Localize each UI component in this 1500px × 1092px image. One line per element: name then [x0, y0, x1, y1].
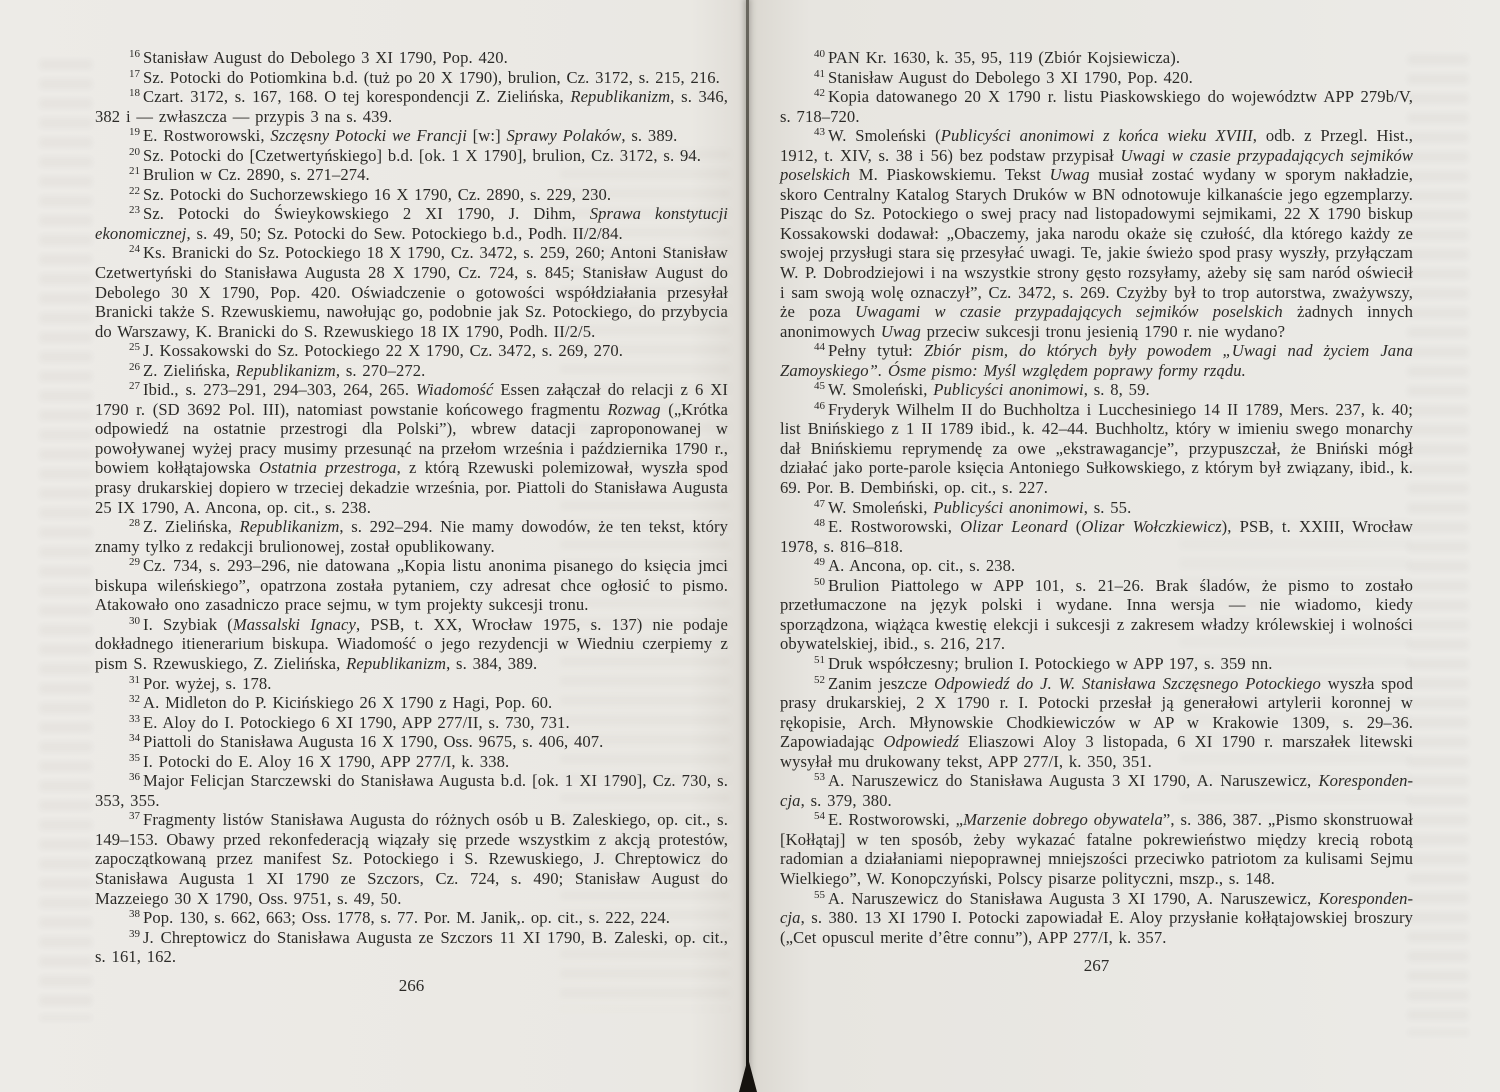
book-spine-shadow-wedge [739, 1058, 757, 1092]
footnote-text: Fryderyk Wilhelm II do Buchholtza i Lucc… [780, 400, 1413, 497]
footnote-text: Uwagami w czasie przypadających sejmików… [855, 302, 1283, 321]
footnote-text: Stanisław August do Debolego 3 XI 1790, … [143, 48, 508, 67]
footnote: 21Brulion w Cz. 2890, s. 271–274. [95, 165, 728, 185]
footnote: 33E. Aloy do I. Potockiego 6 XI 1790, AP… [95, 713, 728, 733]
footnote-text: Wiadomość [416, 380, 493, 399]
footnote: 32A. Midleton do P. Kicińskiego 26 X 179… [95, 693, 728, 713]
footnote-text: [w:] [467, 126, 507, 145]
footnote: 27Ibid., s. 273–291, 294–303, 264, 265. … [95, 380, 728, 517]
footnote-number: 39 [129, 928, 140, 940]
footnotes-column-right: 40PAN Kr. 1630, k. 35, 95, 119 (Zbiór Ko… [780, 48, 1413, 947]
footnote-text: musiał zostać wydany w sporym nakładzie,… [780, 165, 1413, 321]
footnote-text: W. Smoleński, [828, 380, 933, 399]
footnote-number: 44 [814, 341, 825, 353]
footnote-text: Pełny tytuł: [828, 341, 924, 360]
footnote-number: 41 [814, 68, 825, 80]
footnote: 31Por. wyżej, s. 178. [95, 674, 728, 694]
footnote-text: Publicyści anonimowi [933, 380, 1084, 399]
footnote-number: 54 [814, 810, 825, 822]
footnote-text: , s. 380. 13 XI 1790 I. Potocki zapowiad… [780, 908, 1413, 947]
footnote-text: Zanim jeszcze [828, 674, 934, 693]
footnote-number: 47 [814, 498, 825, 510]
footnote-text: Fragmenty listów Stanisława Augusta do r… [95, 810, 728, 907]
footnote-text: W. Smoleński ( [828, 126, 941, 145]
footnote: 47W. Smoleński, Publicyści anonimowi, s.… [780, 498, 1413, 518]
footnote-text: A. Ancona, op. cit., s. 238. [828, 556, 1015, 575]
footnote-text: M. Piaskowskiemu. Tekst [850, 165, 1049, 184]
footnote: 20Sz. Potocki do [Czetwertyńskiego] b.d.… [95, 146, 728, 166]
footnote-text: Ostatnia przestroga [259, 458, 397, 477]
footnote: 43W. Smoleński (Publicyści anonimowi z k… [780, 126, 1413, 341]
footnote-text: A. Midleton do P. Kicińskiego 26 X 1790 … [143, 693, 552, 712]
footnote: 26Z. Zielińska, Republikanizm, s. 270–27… [95, 361, 728, 381]
footnote-text: Republikanizm [239, 517, 339, 536]
footnote-text: , s. 379, 380. [801, 791, 892, 810]
footnote: 37Fragmenty listów Stanisława Augusta do… [95, 810, 728, 908]
footnote: 45W. Smoleński, Publicyści anonimowi, s.… [780, 380, 1413, 400]
footnote-number: 45 [814, 380, 825, 392]
footnote-text: A. Naruszewicz do Stanisława Augusta 3 X… [828, 771, 1318, 790]
footnote-text: Kopia datowanego 20 X 1790 r. listu Pias… [780, 87, 1413, 126]
page-right: 40PAN Kr. 1630, k. 35, 95, 119 (Zbiór Ko… [780, 48, 1413, 976]
footnote-number: 28 [129, 517, 140, 529]
footnote-number: 19 [129, 126, 140, 138]
footnote-number: 29 [129, 556, 140, 568]
footnote: 44Pełny tytuł: Zbiór pism, do których by… [780, 341, 1413, 380]
footnote: 16Stanisław August do Debolego 3 XI 1790… [95, 48, 728, 68]
footnote-text: Rozwag [607, 400, 660, 419]
footnote-text: Massalski Ignacy [233, 615, 356, 634]
footnote-text: Stanisław August do Debolego 3 XI 1790, … [828, 68, 1193, 87]
footnote-text: Uwag [1050, 165, 1090, 184]
footnote: 49A. Ancona, op. cit., s. 238. [780, 556, 1413, 576]
footnote-text: , s. 49, 50; Sz. Potocki do Sew. Potocki… [187, 224, 623, 243]
footnote: 29Cz. 734, s. 293–296, nie datowana „Kop… [95, 556, 728, 615]
footnote-text: W. Smoleński, [828, 498, 933, 517]
footnote-text: Sz. Potocki do Suchorzewskiego 16 X 1790… [143, 185, 611, 204]
footnote-text: Sz. Potocki do [Czetwertyńskiego] b.d. [… [143, 146, 701, 165]
footnote: 19E. Rostworowski, Szczęsny Potocki we F… [95, 126, 728, 146]
footnote: 17Sz. Potocki do Potiomkina b.d. (tuż po… [95, 68, 728, 88]
footnote-number: 48 [814, 517, 825, 529]
footnote-text: J. Chreptowicz do Stanisława Augusta ze … [95, 928, 728, 967]
footnote-text: J. Kossakowski do Sz. Potockiego 22 X 17… [143, 341, 623, 360]
footnote-text: , s. 8, 59. [1084, 380, 1150, 399]
footnote-text: Marzenie dobrego obywatela [963, 810, 1163, 829]
footnote-number: 24 [129, 243, 140, 255]
footnote-number: 21 [129, 165, 140, 177]
footnotes-column-left: 16Stanisław August do Debolego 3 XI 1790… [95, 48, 728, 967]
book-scan: { "pages": [ { "id": "left", "page_numbe… [0, 0, 1500, 1092]
footnote-text: Republikanizm [346, 654, 446, 673]
footnote: 54E. Rostworowski, „Marzenie dobrego oby… [780, 810, 1413, 888]
page-left: 16Stanisław August do Debolego 3 XI 1790… [95, 48, 728, 996]
footnote: 50Brulion Piattolego w APP 101, s. 21–26… [780, 576, 1413, 654]
footnote-text: , s. 270–272. [336, 361, 426, 380]
footnote-number: 55 [814, 889, 825, 901]
page-number-right: 267 [780, 956, 1413, 976]
footnote-text: Olizar Wołczkiewicz [1081, 517, 1221, 536]
footnote-text: , s. 55. [1084, 498, 1132, 517]
footnote: 36Major Felicjan Starczewski do Stanisła… [95, 771, 728, 810]
footnote-text: I. Potocki do E. Aloy 16 X 1790, APP 277… [143, 752, 509, 771]
footnote-text: E. Rostworowski, „ [828, 810, 963, 829]
footnote-number: 17 [129, 68, 140, 80]
footnote-text: Z. Zielińska, [143, 361, 236, 380]
footnote: 18Czart. 3172, s. 167, 168. O tej koresp… [95, 87, 728, 126]
footnote-text: Ibid., s. 273–291, 294–303, 264, 265. [143, 380, 416, 399]
bleed-through-ghost-text [40, 60, 92, 1020]
footnote-text: Pop. 130, s. 662, 663; Oss. 1778, s. 77.… [143, 908, 670, 927]
footnote: 30I. Szybiak (Massalski Ignacy, PSB, t. … [95, 615, 728, 674]
footnote: 22Sz. Potocki do Suchorzewskiego 16 X 17… [95, 185, 728, 205]
bleed-through-ghost-text [1408, 55, 1468, 1035]
footnote-text: Szczęsny Potocki we Francji [270, 126, 467, 145]
footnote-text: A. Naruszewicz do Stanisława Augusta 3 X… [828, 889, 1318, 908]
footnote-text: Republikanizm [570, 87, 670, 106]
footnote-text: E. Rostworowski, [143, 126, 270, 145]
footnote: 48E. Rostworowski, Olizar Leonard (Oliza… [780, 517, 1413, 556]
footnote-number: 16 [129, 48, 140, 60]
footnote-text: ( [1068, 517, 1082, 536]
footnote: 24Ks. Branicki do Sz. Potockiego 18 X 17… [95, 243, 728, 341]
footnote-number: 31 [129, 674, 140, 686]
footnote-number: 50 [814, 576, 825, 588]
footnote: 34Piattoli do Stanisława Augusta 16 X 17… [95, 732, 728, 752]
footnote-number: 49 [814, 556, 825, 568]
footnote-number: 20 [129, 146, 140, 158]
footnote-number: 46 [814, 400, 825, 412]
page-number-left: 266 [95, 976, 728, 996]
footnote: 28Z. Zielińska, Republikanizm, s. 292–29… [95, 517, 728, 556]
footnote: 46Fryderyk Wilhelm II do Buchholtza i Lu… [780, 400, 1413, 498]
footnote-text: Druk współczesny; brulion I. Potockiego … [828, 654, 1273, 673]
footnote-number: 36 [129, 771, 140, 783]
footnote-number: 22 [129, 185, 140, 197]
footnote-number: 52 [814, 674, 825, 686]
footnote-number: 23 [129, 204, 140, 216]
footnote-text: Publicyści anonimowi [933, 498, 1084, 517]
footnote-number: 30 [129, 615, 140, 627]
footnote-number: 25 [129, 341, 140, 353]
footnote-number: 26 [129, 361, 140, 373]
footnote-text: Uwag [881, 322, 921, 341]
footnote: 51Druk współczesny; brulion I. Potockieg… [780, 654, 1413, 674]
footnote-text: Czart. 3172, s. 167, 168. O tej korespon… [143, 87, 570, 106]
footnote-text: Republikanizm [236, 361, 336, 380]
footnote-number: 40 [814, 48, 825, 60]
footnote-text: Brulion Piattolego w APP 101, s. 21–26. … [780, 576, 1413, 654]
footnote-text: Piattoli do Stanisława Augusta 16 X 1790… [143, 732, 603, 751]
footnote-number: 43 [814, 126, 825, 138]
footnote-text: Brulion w Cz. 2890, s. 271–274. [143, 165, 370, 184]
footnote-number: 38 [129, 908, 140, 920]
footnote-number: 34 [129, 732, 140, 744]
footnote-text: Z. Zielińska, [143, 517, 239, 536]
footnote: 55A. Naruszewicz do Stanisława Augusta 3… [780, 889, 1413, 948]
footnote-text: Sz. Potocki do Świeykowskiego 2 XI 1790,… [143, 204, 590, 223]
footnote-number: 53 [814, 771, 825, 783]
footnote-text: Por. wyżej, s. 178. [143, 674, 272, 693]
footnote-text: Ks. Branicki do Sz. Potockiego 18 X 1790… [95, 243, 728, 340]
footnote-number: 37 [129, 810, 140, 822]
footnote-number: 32 [129, 693, 140, 705]
footnote: 39J. Chreptowicz do Stanisława Augusta z… [95, 928, 728, 967]
footnote-text: Olizar Leonard [960, 517, 1068, 536]
footnote: 25J. Kossakowski do Sz. Potockiego 22 X … [95, 341, 728, 361]
footnote-number: 27 [129, 380, 140, 392]
footnote-text: E. Rostworowski, [828, 517, 960, 536]
footnote-text: E. Aloy do I. Potockiego 6 XI 1790, APP … [143, 713, 570, 732]
footnote-text: , s. 384, 389. [446, 654, 537, 673]
footnote: 35I. Potocki do E. Aloy 16 X 1790, APP 2… [95, 752, 728, 772]
footnote-text: Cz. 734, s. 293–296, nie datowana „Kopia… [95, 556, 728, 614]
footnote-text: Odpowiedź do J. W. Stanisława Szczęsnego… [934, 674, 1321, 693]
footnote-text: PAN Kr. 1630, k. 35, 95, 119 (Zbiór Kojs… [828, 48, 1180, 67]
footnote-number: 42 [814, 87, 825, 99]
footnote-text: I. Szybiak ( [143, 615, 233, 634]
footnote-number: 35 [129, 752, 140, 764]
footnote-text: Odpowiedź [883, 732, 959, 751]
footnote: 23Sz. Potocki do Świeykowskiego 2 XI 179… [95, 204, 728, 243]
footnote-number: 33 [129, 713, 140, 725]
footnote-text: przeciw sukcesji tronu jesienią 1790 r. … [921, 322, 1285, 341]
footnote-number: 51 [814, 654, 825, 666]
footnote: 41Stanisław August do Debolego 3 XI 1790… [780, 68, 1413, 88]
footnote: 53A. Naruszewicz do Stanisława Augusta 3… [780, 771, 1413, 810]
footnote-text: Major Felicjan Starczewski do Stanisława… [95, 771, 728, 810]
footnote-number: 18 [129, 87, 140, 99]
footnote: 40PAN Kr. 1630, k. 35, 95, 119 (Zbiór Ko… [780, 48, 1413, 68]
book-spine-gutter [746, 0, 749, 1092]
footnote: 38Pop. 130, s. 662, 663; Oss. 1778, s. 7… [95, 908, 728, 928]
footnote-text: Sz. Potocki do Potiomkina b.d. (tuż po 2… [143, 68, 720, 87]
footnote: 52Zanim jeszcze Odpowiedź do J. W. Stani… [780, 674, 1413, 772]
footnote: 42Kopia datowanego 20 X 1790 r. listu Pi… [780, 87, 1413, 126]
footnote-text: , s. 389. [621, 126, 677, 145]
footnote-text: Publicyści anonimowi z końca wieku XVIII [941, 126, 1253, 145]
footnote-text: Sprawy Polaków [506, 126, 621, 145]
